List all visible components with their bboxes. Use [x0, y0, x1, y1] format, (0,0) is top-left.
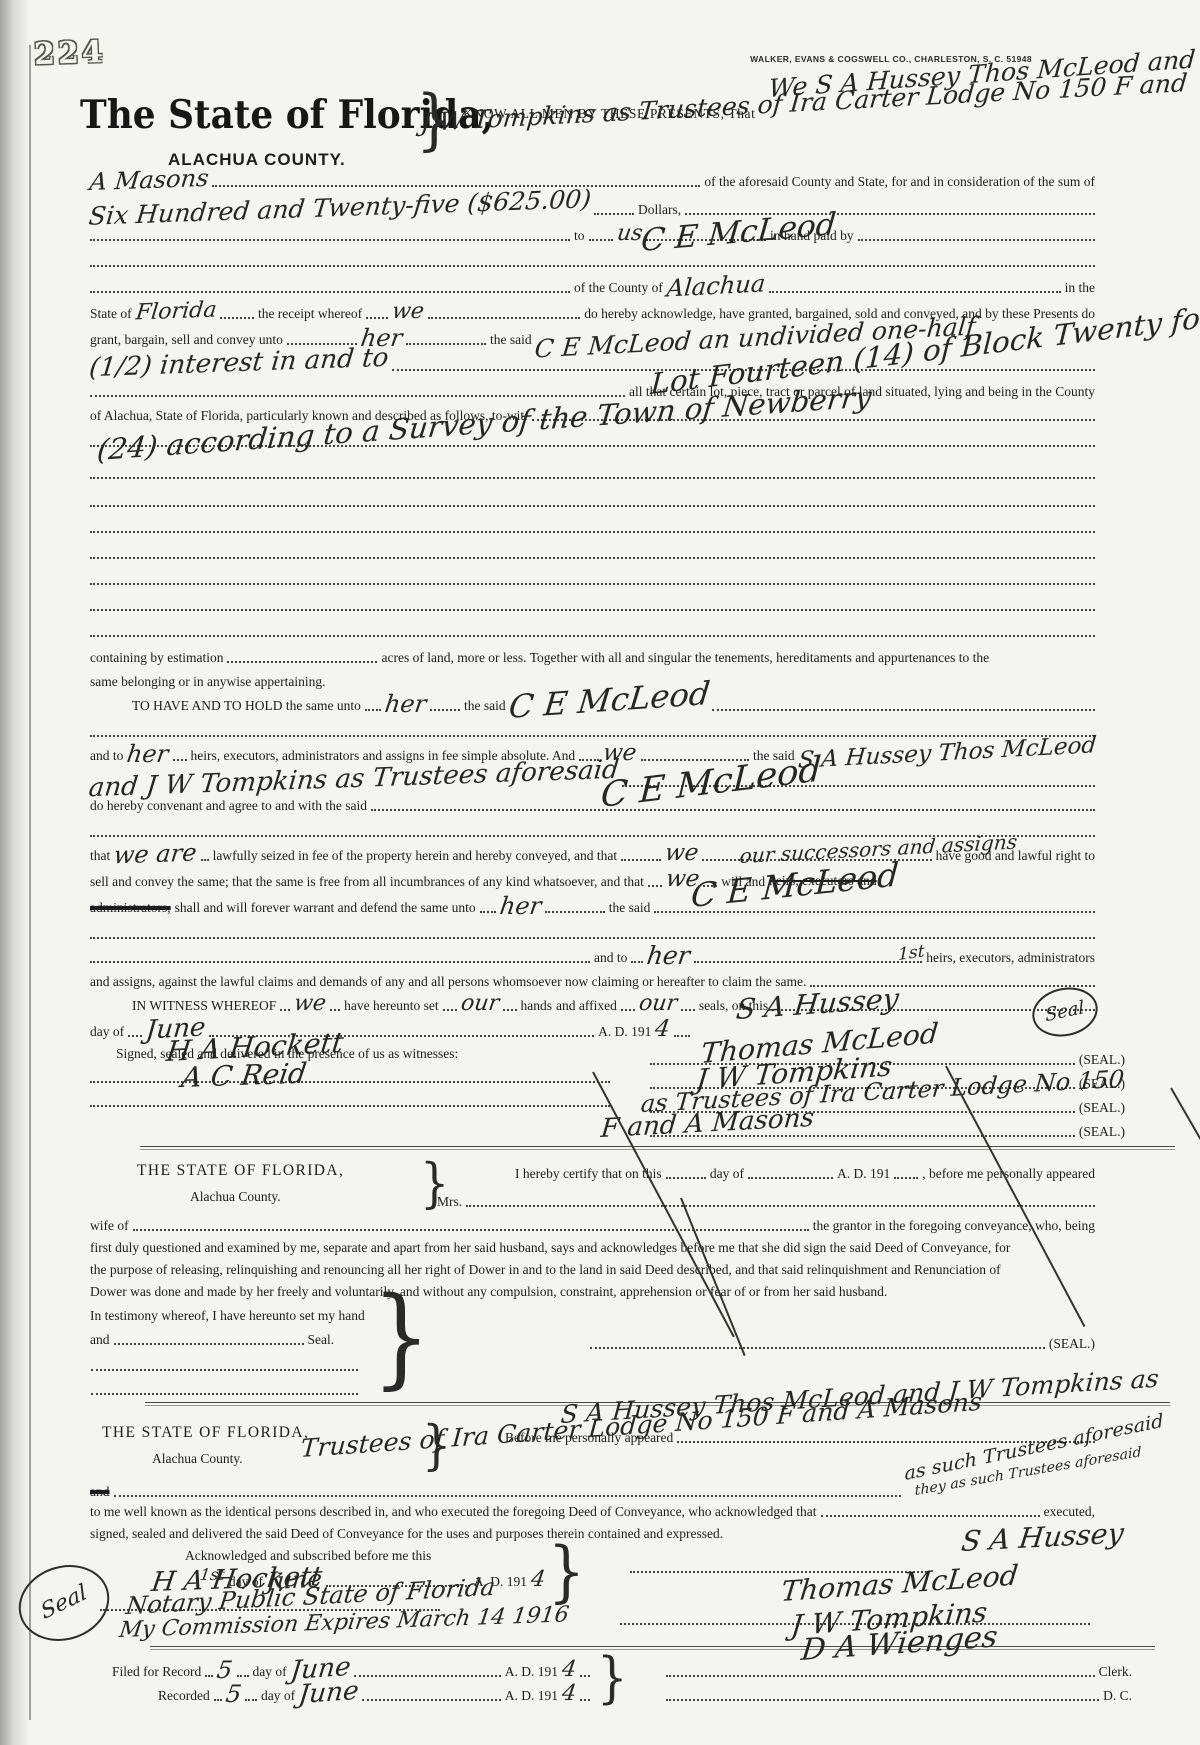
- handwritten-filed-day: 5: [216, 1660, 234, 1680]
- seal-label: (SEAL.): [1079, 1101, 1125, 1116]
- dower-seal-row: (SEAL.): [590, 1334, 1095, 1352]
- dotted-blank: [201, 859, 209, 861]
- dotted-blank: [90, 557, 1095, 559]
- handwritten-alachua: Alachua: [666, 273, 766, 298]
- to-have-line: TO HAVE AND TO HOLD the same unto her th…: [90, 696, 1095, 714]
- handwritten-we: we: [391, 303, 425, 322]
- dower-testimony-text: In testimony whereof, I have hereunto se…: [90, 1309, 365, 1324]
- dotted-blank: [91, 1393, 358, 1395]
- handwritten-we-are: we are: [113, 842, 198, 865]
- dotted-blank: [90, 265, 1095, 267]
- and-to-text: and to: [90, 749, 123, 764]
- dotted-blank: [545, 911, 605, 913]
- dotted-blank: [430, 709, 460, 711]
- seized-text: lawfully seized in fee of the property h…: [213, 849, 617, 864]
- dotted-blank: [694, 961, 922, 963]
- dower-grantor-text: the grantor in the foregoing conveyance,…: [813, 1219, 1095, 1234]
- handwritten-year: 4: [561, 1685, 578, 1704]
- hands-text: hands: [521, 999, 553, 1014]
- dower-ad-text: A. D. 191: [837, 1167, 890, 1182]
- dollars-text: Dollars,: [638, 203, 681, 218]
- amount-line: Six Hundred and Twenty-five ($625.00) Do…: [90, 200, 1095, 218]
- sell-convey-text: sell and convey the same; that the same …: [90, 875, 644, 890]
- dotted-blank: [621, 859, 661, 861]
- recorded-text: Recorded: [158, 1689, 210, 1704]
- seal-label: (SEAL.): [1079, 1125, 1125, 1140]
- claims-line: and assigns, against the lawful claims a…: [90, 972, 1095, 990]
- blank-line: [90, 570, 1095, 588]
- and-to-text: and to: [594, 951, 627, 966]
- sell-convey-line: sell and convey the same; that the same …: [90, 872, 1095, 890]
- acres-text: acres of land, more or less. Together wi…: [381, 651, 989, 666]
- dotted-blank: [214, 1699, 222, 1701]
- dower-and-text: and: [90, 1333, 110, 1348]
- dotted-blank: [366, 317, 388, 319]
- dotted-blank: [90, 505, 1095, 507]
- dower-line6: Dower was done and made by her freely an…: [90, 1282, 1095, 1300]
- dotted-blank: [666, 1699, 1099, 1701]
- blank-line: [90, 492, 1095, 510]
- dower-certify-text: I hereby certify that on this: [515, 1167, 662, 1182]
- dotted-blank: [858, 239, 1095, 241]
- dotted-blank: [748, 1177, 833, 1179]
- handwritten-florida: Florida: [134, 302, 217, 323]
- heirs-admin-text: heirs, executors, administrators: [926, 951, 1095, 966]
- dower-mrs-line: Mrs.: [437, 1192, 1095, 1210]
- dower-line4: first duly questioned and examined by me…: [90, 1238, 1095, 1256]
- dotted-blank: [237, 1675, 249, 1677]
- state-of-text: State of: [90, 307, 132, 322]
- handwritten-seal-circle: Seal: [1028, 982, 1103, 1043]
- crossout-stroke: [1170, 1088, 1200, 1293]
- handwritten-witness-reid: A C Reid: [180, 1062, 308, 1090]
- blank-line: [90, 544, 1095, 562]
- grant-unto-text: grant, bargain, sell and convey unto: [90, 333, 283, 348]
- witness-blank-line: [90, 1092, 610, 1110]
- handwritten-month: June: [298, 1680, 360, 1706]
- handwritten-seal-word: Seal: [1045, 1000, 1085, 1024]
- dotted-blank: [90, 961, 590, 963]
- dotted-blank: [245, 1699, 257, 1701]
- affixed-text: and affixed: [556, 999, 617, 1014]
- dotted-blank: [330, 1009, 340, 1011]
- dotted-blank: [666, 1177, 706, 1179]
- ack-signed-line: signed, sealed and delivered the said De…: [90, 1524, 1095, 1542]
- dotted-blank: [212, 185, 700, 187]
- dotted-blank: [674, 1035, 690, 1037]
- dower-seal-word: Seal.: [308, 1333, 335, 1348]
- handwritten-year: 4: [654, 1020, 671, 1040]
- in-the-text: in the: [1065, 281, 1095, 296]
- handwritten-half-interest: (1/2) interest in and to: [88, 347, 389, 379]
- blank-line: [90, 464, 1095, 482]
- dotted-blank: [443, 1009, 457, 1011]
- dotted-blank: [712, 709, 1095, 711]
- ack-county-heading: Alachua County.: [152, 1452, 243, 1467]
- grantee-name-line: [90, 252, 1095, 270]
- dotted-blank: [594, 213, 634, 215]
- witness-blank-line: [90, 1068, 610, 1086]
- dotted-blank: [91, 1369, 358, 1371]
- witness-whereof-text: IN WITNESS WHEREOF: [90, 999, 276, 1014]
- dotted-blank: [371, 809, 1095, 811]
- handwritten-us: us: [615, 225, 643, 244]
- dotted-blank: [90, 609, 1095, 611]
- blank-line: [90, 518, 1095, 536]
- handwritten-amount: Six Hundred and Twenty-five ($625.00): [88, 188, 592, 227]
- dower-testimony-brace: }: [372, 1284, 431, 1393]
- claims-text: and assigns, against the lawful claims a…: [90, 975, 806, 990]
- dotted-blank: [406, 343, 486, 345]
- dotted-blank: [503, 1009, 517, 1011]
- dotted-blank: [90, 239, 570, 241]
- filed-text: Filed for Record: [112, 1665, 201, 1680]
- handwritten-year: 4: [561, 1661, 578, 1680]
- ack-signed-text: signed, sealed and delivered the said De…: [90, 1527, 723, 1542]
- handwritten-signature-hussey: S A Hussey: [735, 987, 900, 1022]
- dower-line5-text: the purpose of releasing, relinquishing …: [90, 1263, 1001, 1278]
- dotted-blank: [362, 1699, 500, 1701]
- section-divider: [140, 1146, 1175, 1150]
- dotted-blank: [128, 1035, 142, 1037]
- handwritten-her: her: [498, 896, 542, 916]
- the-said-text: the said: [464, 699, 506, 714]
- dotted-blank: [280, 1009, 290, 1011]
- day-of-text: day of: [90, 1025, 124, 1040]
- binding-shadow: [0, 0, 30, 1745]
- dotted-blank: [90, 635, 1095, 637]
- section-divider: [150, 1646, 1155, 1650]
- handwritten-her: her: [646, 945, 692, 966]
- dotted-blank: [821, 1515, 1040, 1517]
- dower-wife-of-text: wife of: [90, 1219, 129, 1234]
- blank-line: [91, 1356, 358, 1374]
- dotted-blank: [205, 1675, 213, 1677]
- blank-line: [91, 1380, 358, 1398]
- covenant-text: do hereby convenant and agree to and wit…: [90, 799, 367, 814]
- containing-line: containing by estimation acres of land, …: [90, 648, 1095, 666]
- dower-day-of-text: day of: [710, 1167, 744, 1182]
- paid-by-line: to us in hand paid by: [90, 226, 1095, 244]
- dotted-blank: [90, 531, 1095, 533]
- ack-state-heading: THE STATE OF FLORIDA,: [102, 1424, 309, 1442]
- day-of-text: day of: [253, 1665, 287, 1680]
- set-text: have hereunto set: [344, 999, 438, 1014]
- dotted-blank: [227, 661, 377, 663]
- blank-line: [90, 722, 1095, 740]
- dower-before-text: , before me personally appeared: [922, 1167, 1095, 1182]
- handwritten-signature-hussey: S A Hussey: [960, 1522, 1125, 1554]
- witness-whereof-line: IN WITNESS WHEREOF we have hereunto set …: [90, 996, 1095, 1014]
- dotted-blank: [90, 1081, 610, 1083]
- dower-mrs-text: Mrs.: [437, 1195, 462, 1210]
- handwritten-we: we: [293, 995, 327, 1014]
- ack-struck-and: and: [90, 1485, 110, 1500]
- dotted-blank: [220, 317, 254, 319]
- consideration-line: A Masons of the aforesaid County and Sta…: [90, 172, 1095, 190]
- deed-record-page: 224 WALKER, EVANS & COGSWELL CO., CHARLE…: [0, 0, 1200, 1745]
- handwritten-our: our: [459, 995, 500, 1014]
- clerk-label: Clerk.: [1099, 1665, 1132, 1680]
- recorded-line: Recorded 5 day of June A. D. 191 4: [158, 1686, 590, 1704]
- covenant-line: do hereby convenant and agree to and wit…: [90, 796, 1095, 814]
- dotted-blank: [769, 291, 1061, 293]
- page-number: 224: [33, 35, 106, 72]
- dower-line5: the purpose of releasing, relinquishing …: [90, 1260, 1095, 1278]
- dotted-blank: [580, 1699, 590, 1701]
- dotted-blank: [114, 1343, 304, 1345]
- dotted-blank: [90, 1105, 610, 1107]
- handwritten-we: we: [664, 844, 700, 864]
- dotted-blank: [90, 937, 1095, 939]
- dotted-blank: [114, 1495, 902, 1497]
- handwritten-hussey-mcleod: S A Hussey Thos McLeod: [797, 737, 1097, 772]
- handwritten-seal-word: Seal: [39, 1583, 89, 1622]
- dotted-blank: [466, 1205, 1095, 1207]
- heirs-admin-line: and to her heirs, executors, administrat…: [90, 948, 1095, 966]
- to-text: to: [574, 229, 585, 244]
- dotted-blank: [90, 291, 570, 293]
- day-of-text: day of: [261, 1689, 295, 1704]
- warrant-line: administrators, shall and will forever w…: [90, 898, 1095, 916]
- handwritten-tompkins-trustees: and J W Tompkins as Trustees aforesaid: [88, 759, 620, 799]
- deputy-clerk-label: D. C.: [1103, 1689, 1132, 1704]
- dotted-blank: [428, 317, 580, 319]
- dotted-blank: [173, 759, 187, 761]
- blank-line: [90, 924, 1095, 942]
- ack-subscribed-line: Acknowledged and subscribed before me th…: [185, 1546, 515, 1564]
- the-said-text: the said: [490, 333, 532, 348]
- deputy-clerk-line: D. C.: [666, 1686, 1132, 1704]
- consideration-text: of the aforesaid County and State, for a…: [704, 175, 1095, 190]
- blank-line: [90, 596, 1095, 614]
- warrant-text: shall and will forever warrant and defen…: [175, 901, 476, 916]
- blank-line: [90, 622, 1095, 640]
- handwritten-recorded-day: 5: [224, 1684, 242, 1704]
- dotted-blank: [621, 1009, 635, 1011]
- all-that-line: all that certain lot, piece, tract or pa…: [90, 382, 1095, 400]
- to-have-text: TO HAVE AND TO HOLD the same unto: [90, 699, 361, 714]
- tompkins-trustees-line: and J W Tompkins as Trustees aforesaid: [90, 772, 1095, 790]
- dotted-blank: [590, 1347, 1045, 1349]
- that-text: that: [90, 849, 110, 864]
- dower-and-seal-line: and Seal.: [90, 1330, 390, 1348]
- dotted-blank: [681, 1009, 695, 1011]
- binding-line: [29, 45, 31, 1720]
- handwritten-her: her: [126, 744, 170, 764]
- dotted-blank: [90, 735, 1095, 737]
- dotted-blank: [480, 911, 496, 913]
- dower-state-heading: THE STATE OF FLORIDA,: [137, 1162, 344, 1180]
- dower-line6-text: Dower was done and made by her freely an…: [90, 1285, 887, 1300]
- dotted-blank: [580, 1675, 590, 1677]
- receipt-whereof-text: the receipt whereof: [258, 307, 362, 322]
- record-brace: }: [597, 1650, 628, 1705]
- dotted-blank: [589, 239, 613, 241]
- ad-191-text: A. D. 191: [505, 1689, 558, 1704]
- handwritten-grantee-signature: C E McLeod: [507, 680, 711, 721]
- ack-known-line: to me well known as the identical person…: [90, 1502, 1095, 1520]
- dower-line4-text: first duly questioned and examined by me…: [90, 1241, 1010, 1256]
- dotted-blank: [90, 477, 1095, 479]
- dotted-blank: [90, 583, 1095, 585]
- struck-administrators-text: administrators,: [90, 901, 171, 916]
- belonging-text: same belonging or in anywise appertainin…: [90, 675, 325, 690]
- dotted-blank: [365, 709, 381, 711]
- county-of-line: of the County of Alachua in the: [90, 278, 1095, 296]
- handwritten-grantors-3: A Masons: [89, 168, 210, 193]
- dower-county-heading: Alachua County.: [190, 1190, 281, 1205]
- handwritten-our: our: [638, 995, 679, 1014]
- dotted-blank: [90, 395, 625, 397]
- handwritten-clerk-signature: D A Wienges: [800, 1625, 999, 1664]
- dotted-blank: [894, 1177, 918, 1179]
- clerk-line: Clerk.: [666, 1662, 1132, 1680]
- seal-label: (SEAL.): [1049, 1337, 1095, 1352]
- dotted-blank: [354, 1675, 501, 1677]
- dower-wife-line: wife of the grantor in the foregoing con…: [90, 1216, 1095, 1234]
- ack-subscribed-brace: }: [548, 1538, 585, 1605]
- of-county-text: of the County of: [574, 281, 663, 296]
- the-said-text: the said: [609, 901, 651, 916]
- ack-known-text: to me well known as the identical person…: [90, 1505, 817, 1520]
- dower-certify-line: I hereby certify that on this day of A. …: [515, 1164, 1095, 1182]
- dotted-blank: [133, 1229, 809, 1231]
- dotted-blank: [631, 961, 643, 963]
- ad-191-text: A. D. 191: [505, 1665, 558, 1680]
- containing-text: containing by estimation: [90, 651, 223, 666]
- handwritten-first: 1st: [898, 944, 925, 962]
- handwritten-year: 4: [530, 1571, 547, 1590]
- dotted-blank: [648, 885, 662, 887]
- dotted-blank: [666, 1675, 1095, 1677]
- ad-191-text: A. D. 191: [598, 1025, 651, 1040]
- handwritten-her: her: [383, 694, 427, 714]
